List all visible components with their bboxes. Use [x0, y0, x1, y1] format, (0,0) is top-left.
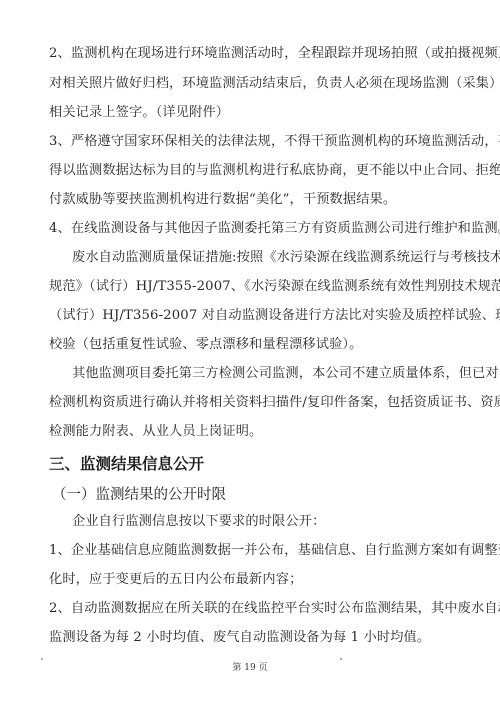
paragraph-2-line-1: 2、监测机构在现场进行环境监测活动时，全程跟踪并现场拍照（或拍摄视频），	[49, 46, 455, 62]
wastewater-line-1: 废水自动监测质量保证措施:按照《水污染源在线监测系统运行与考核技术	[72, 250, 478, 266]
intro-text: 企业自行监测信息按以下要求的时限公开：	[72, 514, 478, 530]
item-1-line-1: 1、企业基础信息应随监测数据一并公布，基础信息、自行监测方案如有调整变	[49, 543, 455, 559]
paragraph-3-line-1: 3、严格遵守国家环保相关的法律法规，不得干预监测机构的环境监测活动，不	[49, 134, 455, 150]
paragraph-2-line-2: 对相关照片做好归档，环境监测活动结束后，负责人必须在现场监测（采集）	[49, 76, 455, 92]
paragraph-3-line-3: 付款威胁等要挟监测机构进行数据“美化”，干预数据结果。	[49, 192, 455, 208]
item-1-line-2: 化时，应于变更后的五日内公布最新内容；	[49, 572, 455, 588]
wastewater-line-3: （试行）HJ/T356-2007 对自动监测设备进行方法比对实验及质控样试验、现…	[49, 308, 455, 324]
paragraph-3-line-2: 得以监测数据达标为目的与监测机构进行私底协商，更不能以中止合同、拒绝	[49, 163, 455, 179]
other-monitoring-line-2: 检测机构资质进行确认并将相关资料扫描件/复印件备案，包括资质证书、资质	[49, 395, 455, 411]
paragraph-4-line-1: 4、在线监测设备与其他因子监测委托第三方有资质监测公司进行维护和监测。	[49, 221, 455, 237]
page-number: 第 19 页	[0, 660, 500, 673]
other-monitoring-line-1: 其他监测项目委托第三方检测公司监测，本公司不建立质量体系，但已对	[72, 366, 478, 382]
item-2-line-1: 2、自动监测数据应在所关联的在线监控平台实时公布监测结果，其中废水自动	[49, 601, 455, 617]
wastewater-line-4: 校验（包括重复性试验、零点漂移和量程漂移试验）。	[49, 337, 455, 353]
item-2-line-2: 监测设备为每 2 小时均值、废气自动监测设备为每 1 小时均值。	[49, 630, 455, 646]
subsection-heading: （一）监测结果的公开时限	[52, 483, 226, 504]
wastewater-line-2: 规范》（试行）HJ/T355-2007、《水污染源在线监测系统有效性判别技术规范…	[49, 279, 455, 295]
document-page: 2、监测机构在现场进行环境监测活动时，全程跟踪并现场拍照（或拍摄视频）， 对相关…	[0, 0, 500, 707]
paragraph-2-line-3: 相关记录上签字。（详见附件）	[49, 105, 455, 121]
section-heading: 三、监测结果信息公开	[49, 452, 204, 474]
other-monitoring-line-3: 检测能力附表、从业人员上岗证明。	[49, 424, 455, 440]
